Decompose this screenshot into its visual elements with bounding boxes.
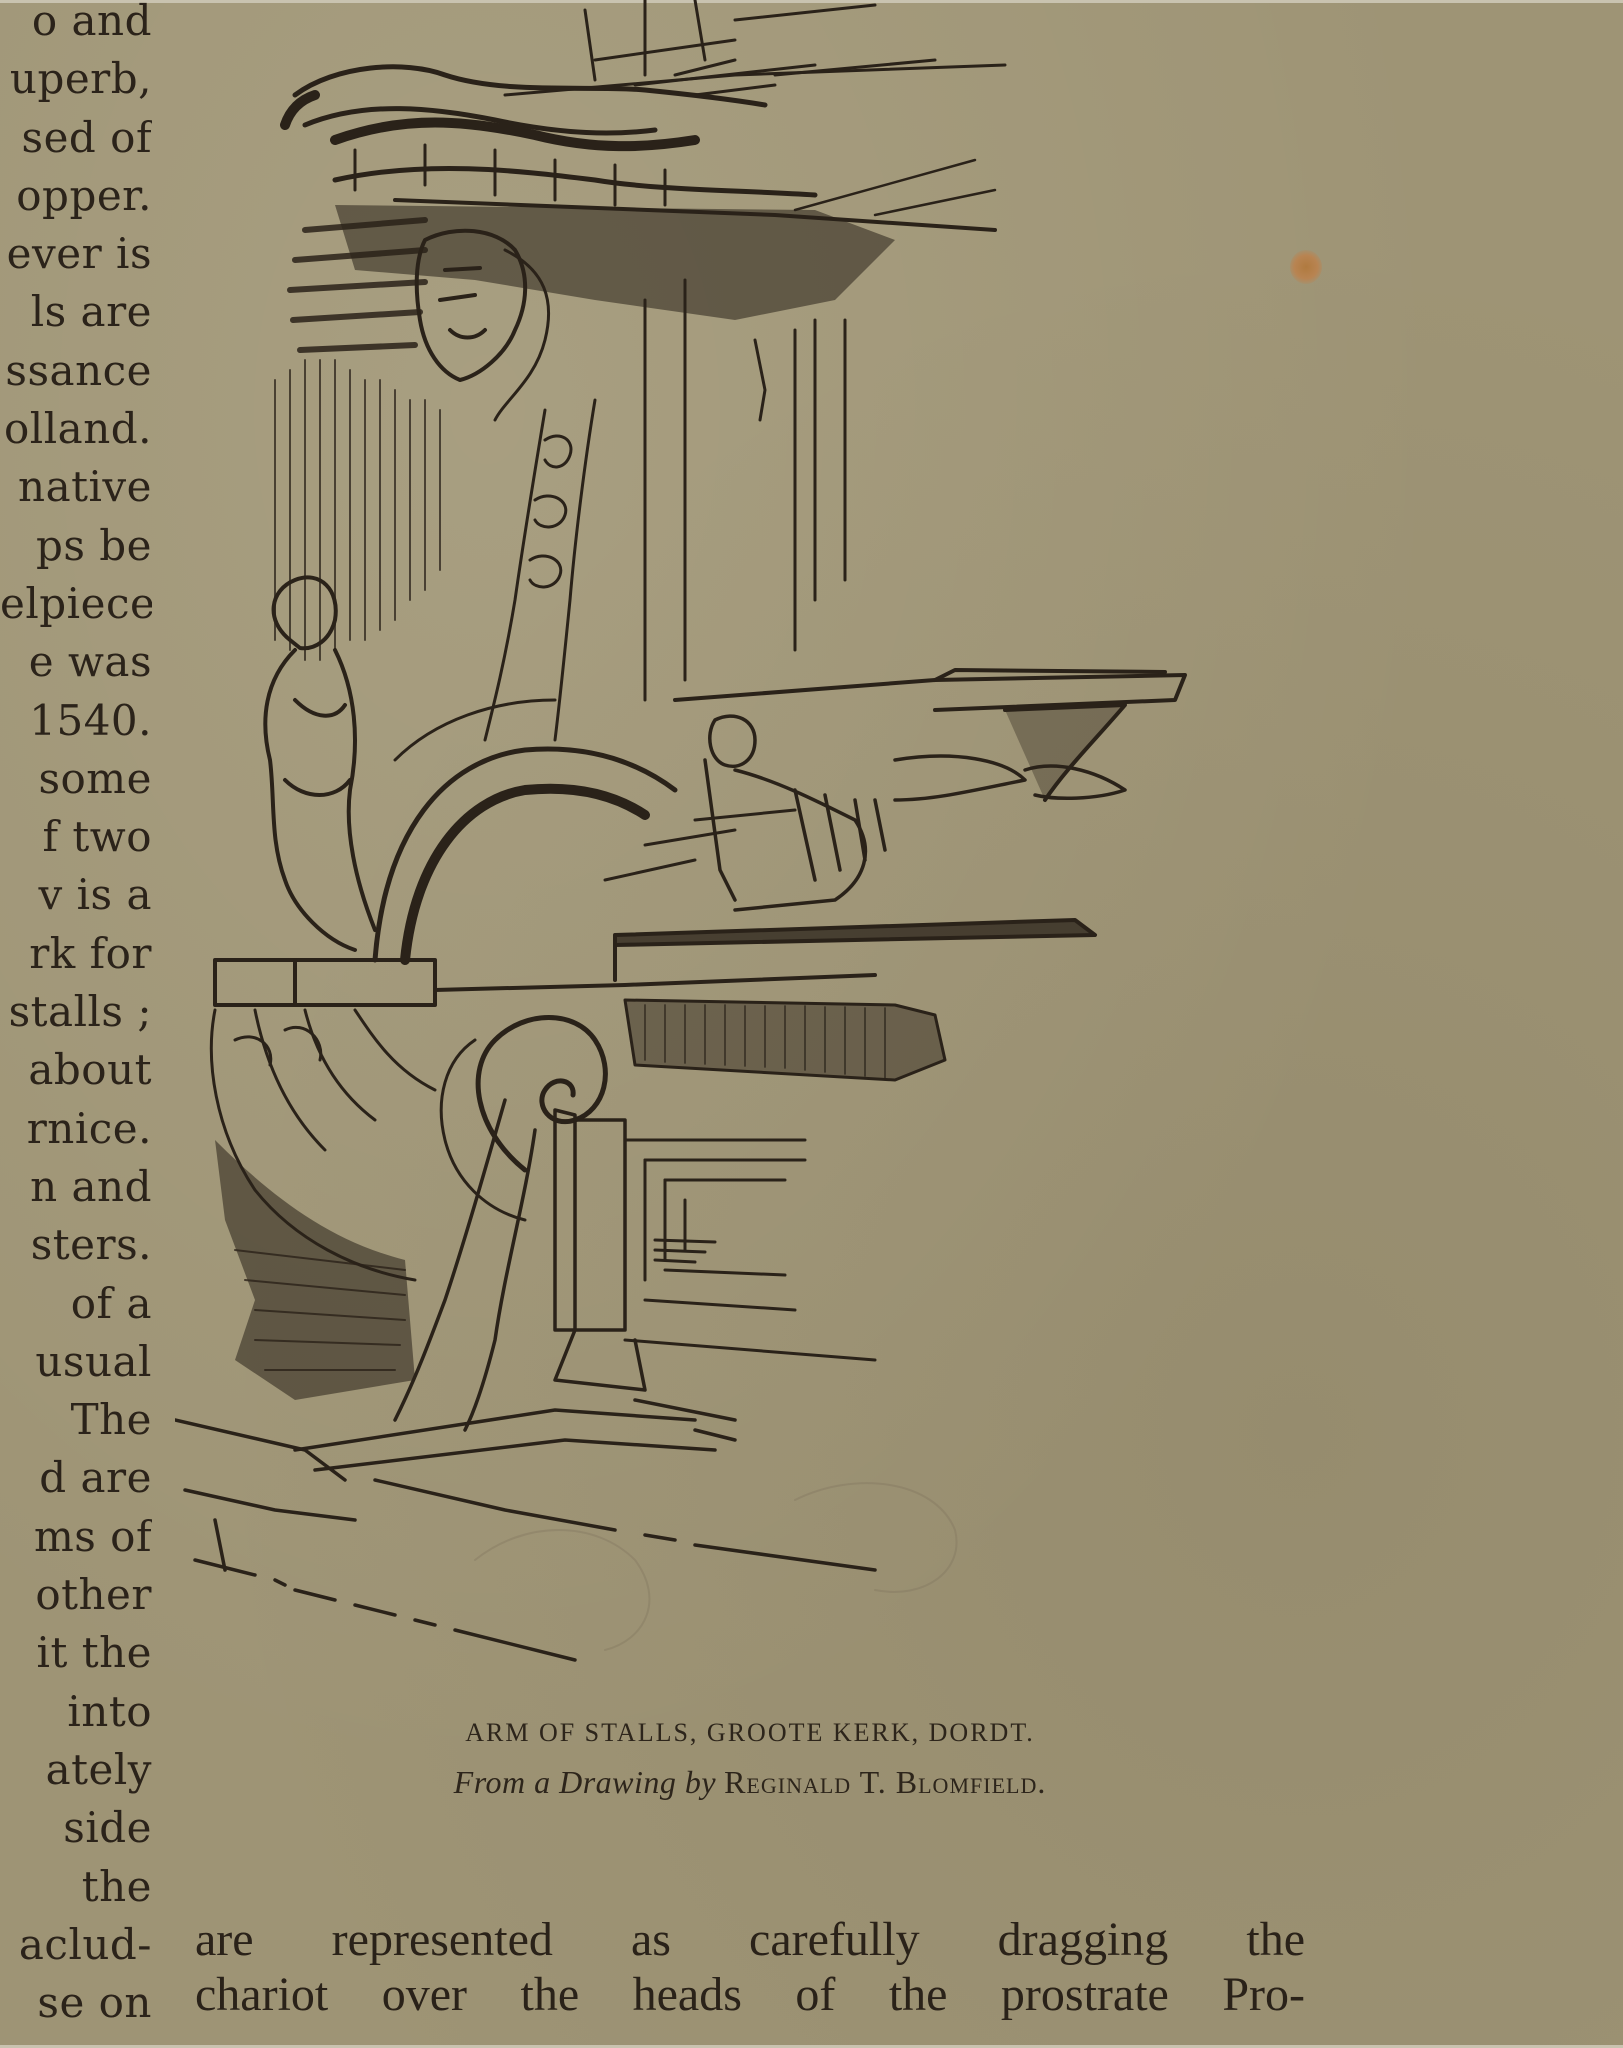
left-column-line: about: [0, 1041, 152, 1099]
left-column-line: 1540.: [0, 692, 152, 750]
left-column-line: of a: [0, 1275, 152, 1333]
left-column-line: native: [0, 458, 152, 516]
vertical-hatching: [275, 360, 440, 660]
left-column-line: elpiece: [0, 575, 152, 633]
left-column-line: ever is: [0, 225, 152, 283]
left-column-line: the: [0, 1858, 152, 1916]
left-column-line: f two: [0, 808, 152, 866]
body-text-line: are represented as carefully dragging th…: [195, 1912, 1305, 1967]
left-column-line: opper.: [0, 167, 152, 225]
scanned-book-page: o and uperb, sed of opper. ever is ls ar…: [0, 0, 1623, 2048]
left-column-line: d are: [0, 1449, 152, 1507]
left-column-line: ls are: [0, 283, 152, 341]
panel-lines: [645, 280, 845, 700]
left-column-line: ms of: [0, 1508, 152, 1566]
left-column-line: n and: [0, 1158, 152, 1216]
left-column-line: v is a: [0, 866, 152, 924]
left-column-line: into: [0, 1683, 152, 1741]
left-column-line: sed of: [0, 109, 152, 167]
base-floor: [175, 1400, 875, 1660]
left-column-line: ately: [0, 1741, 152, 1799]
left-column-line: rnice.: [0, 1100, 152, 1158]
credit-prefix: From a Drawing by: [454, 1764, 716, 1800]
stall-arm-illustration: [175, 0, 1335, 1690]
left-column-line: side: [0, 1799, 152, 1857]
body-paragraph: are represented as carefully dragging th…: [195, 1912, 1305, 2022]
foxing-stain: [1290, 250, 1322, 284]
support-leg: [395, 1100, 645, 1430]
left-column-line: uperb,: [0, 50, 152, 108]
body-text-line: chariot over the heads of the prostrate …: [195, 1967, 1305, 2022]
arched-back: [375, 700, 675, 960]
back-panel: [625, 1140, 875, 1360]
left-column-line: ps be: [0, 517, 152, 575]
left-column-line: se on: [0, 1974, 152, 2032]
ink-drawing: [175, 0, 1335, 1690]
left-column-line: The: [0, 1391, 152, 1449]
foliage-column: [485, 400, 595, 740]
left-column-line: stalls ;: [0, 983, 152, 1041]
left-column-line: other: [0, 1566, 152, 1624]
left-column-line: o and: [0, 0, 152, 50]
left-column-line: olland.: [0, 400, 152, 458]
figure-caption-title: ARM OF STALLS, GROOTE KERK, DORDT.: [300, 1718, 1200, 1748]
canopy-lines: [505, 0, 1005, 95]
seat-ledge: [215, 810, 1095, 1005]
left-column-line: sters.: [0, 1216, 152, 1274]
left-column-line: e was: [0, 633, 152, 691]
show-through-ornament: [475, 1483, 957, 1650]
left-column-line: it the: [0, 1624, 152, 1682]
left-column-line: some: [0, 750, 152, 808]
left-text-column: o and uperb, sed of opper. ever is ls ar…: [0, 0, 152, 2032]
arm-shadow: [215, 1140, 415, 1400]
figure-caption-credit: From a Drawing by Reginald T. Blomfield.: [300, 1764, 1200, 1801]
left-column-line: usual: [0, 1333, 152, 1391]
left-column-line: rk for: [0, 925, 152, 983]
left-column-line: ssance: [0, 342, 152, 400]
cornice: [285, 67, 995, 230]
left-column-line: aclud-: [0, 1916, 152, 1974]
credit-artist-name: Reginald T. Blomfield.: [724, 1764, 1046, 1800]
